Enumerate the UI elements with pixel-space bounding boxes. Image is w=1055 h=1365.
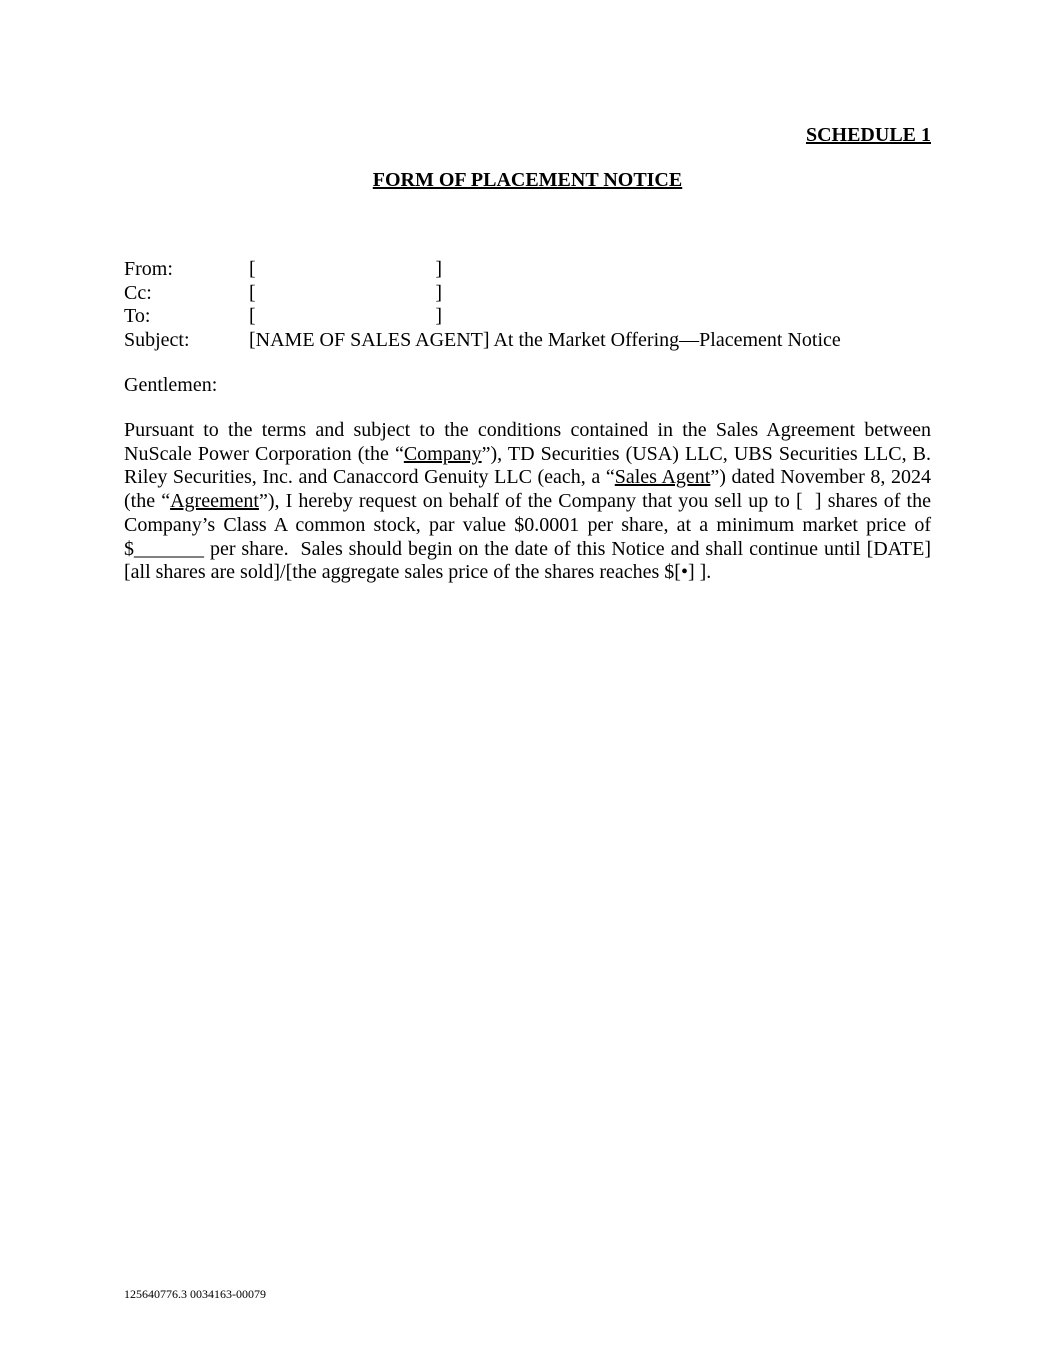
subject-row: Subject: [NAME OF SALES AGENT] At the Ma… [124, 329, 841, 353]
schedule-label: SCHEDULE 1 [806, 124, 931, 147]
body-paragraph: Pursuant to the terms and subject to the… [124, 419, 931, 585]
document-page: SCHEDULE 1 FORM OF PLACEMENT NOTICE From… [0, 0, 1055, 1365]
from-row: From: [ ] [124, 258, 841, 282]
greeting: Gentlemen: [124, 374, 217, 397]
defined-term-agreement: Agreement [170, 490, 259, 512]
defined-term-sales-agent: Sales Agent [615, 466, 711, 488]
from-field: [ ] [249, 258, 442, 282]
subject-label: Subject: [124, 329, 249, 353]
document-title: FORM OF PLACEMENT NOTICE [0, 169, 1055, 192]
to-row: To: [ ] [124, 305, 841, 329]
subject-value: [NAME OF SALES AGENT] At the Market Offe… [249, 329, 841, 353]
cc-row: Cc: [ ] [124, 282, 841, 306]
cc-field: [ ] [249, 282, 442, 306]
to-field: [ ] [249, 305, 442, 329]
to-label: To: [124, 305, 249, 329]
defined-term-company: Company [404, 443, 482, 465]
notice-header: From: [ ] Cc: [ ] To: [ ] Subject: [NAME… [124, 258, 841, 353]
from-label: From: [124, 258, 249, 282]
cc-label: Cc: [124, 282, 249, 306]
footer-document-id: 125640776.3 0034163-00079 [124, 1287, 266, 1302]
